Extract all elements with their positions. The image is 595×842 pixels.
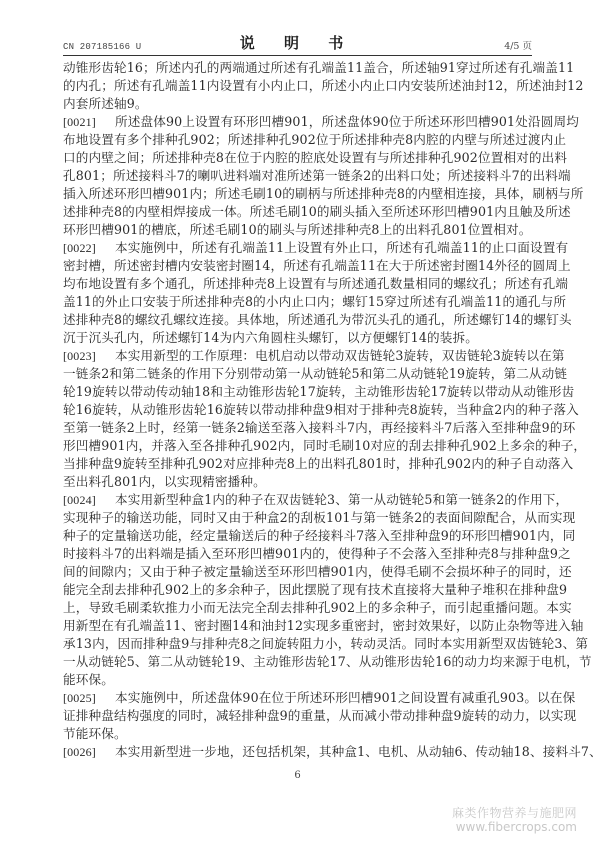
text-line: 证排种盘结构强度的同时，减轻排种盘9的重量，从而减小带动排种盘9旋转的动力，以实… (63, 707, 533, 725)
line-text: 时接料斗7的出料端是插入至环形凹槽901内的，使得种子不会落入至排种壳8与排种盘… (63, 546, 571, 561)
text-line: 轮19旋转以带动传动轴18和主动锥形齿轮17旋转，主动锥形齿轮17旋转以带动从动… (63, 383, 533, 401)
paragraph-number: [0021] (63, 113, 115, 131)
line-text: 形凹槽901内，并落入至各排种孔902内，同时毛刷10对应的刮去排种孔902上多… (63, 438, 586, 453)
text-line: [0024]本实用新型种盒1内的种子在双齿链轮3、第一从动链轮5和第一链条2的作… (63, 491, 533, 509)
text-line: 实现种子的输送功能，同时又由于种盒2的刮板101与第一链条2的表面间隙配合，从而… (63, 509, 533, 527)
line-text: 孔801；所述接料斗7的喇叭进料端对准所述第一链条2的出料口处；所述接料斗7的出… (63, 168, 571, 183)
line-text: 间的间隙内；又由于种子被定量输送至环形凹槽901内，使得毛刷不会损坏种子的同时，… (63, 564, 572, 579)
line-text: 本实施例中，所述有孔端盖11上设置有外止口，所述有孔端盖11的止口面设置有 (115, 240, 568, 255)
text-line: 形凹槽901内，并落入至各排种孔902内，同时毛刷10对应的刮去排种孔902上多… (63, 437, 533, 455)
paragraph-0025: [0025]本实施例中，所述盘体90在位于所述环形凹槽901之间设置有减重孔90… (63, 689, 533, 743)
paragraph-0021: [0021]所述盘体90上设置有环形凹槽901，所述盘体90位于所述环形凹槽90… (63, 113, 533, 239)
paragraph-0023: [0023]本实用新型的工作原理：电机启动以带动双齿链轮3旋转，双齿链轮3旋转以… (63, 347, 533, 491)
watermark-url: www.fibercrops.com (452, 820, 577, 834)
line-text: 本实用新型种盒1内的种子在双齿链轮3、第一从动链轮5和第一链条2的作用下， (115, 492, 568, 507)
line-text: 证排种盘结构强度的同时，减轻排种盘9的重量，从而减小带动排种盘9旋转的动力，以实… (63, 708, 576, 723)
line-text: 密封槽，所述密封槽内安装密封圈14，所述有孔端盖11在大于所述密封圈14外径的圆… (63, 258, 571, 273)
text-line: [0022]本实施例中，所述有孔端盖11上设置有外止口，所述有孔端盖11的止口面… (63, 239, 533, 257)
text-line: 环形凹槽901的槽底，所述毛刷10的刷头与所述排种壳8上的出料孔801位置相对。 (63, 221, 533, 239)
paragraph-number: [0024] (63, 491, 115, 509)
line-text: 种子的定量输送功能，经定量输送后的种子经接料斗7落入至排种盘9的环形凹槽901内… (63, 528, 575, 543)
line-text: 本实施例中，所述盘体90在位于所述环形凹槽901之间设置有减重孔903。以在保 (115, 690, 575, 705)
text-line: 一链条2和第二链条的作用下分别带动第一从动链轮5和第二从动链轮19旋转，第二从动… (63, 365, 533, 383)
line-text: 实现种子的输送功能，同时又由于种盒2的刮板101与第一链条2的表面间隙配合，从而… (63, 510, 575, 525)
text-line: 节能环保。 (63, 725, 533, 743)
paragraph-continuation: 动锥形齿轮16；所述内孔的两端通过所述有孔端盖11盖合，所述轴91穿过所述有孔端… (63, 59, 533, 113)
line-text: 一链条2和第二链条的作用下分别带动第一从动链轮5和第二从动链轮19旋转，第二从动… (63, 366, 567, 381)
page-number: 6 (0, 770, 595, 781)
line-text: 至第一链条2上时，经第一链条2输送至落入接料斗7内，再经接料斗7后落入至排种盘9… (63, 420, 575, 435)
document-title: 说 明 书 (63, 32, 532, 53)
line-text: 沉于沉头孔内，所述螺钉14为内六角圆柱头螺钉，以方便螺钉14的装拆。 (63, 330, 478, 345)
line-text: 轮16旋转，从动锥形齿轮16旋转以带动排种盘9相对于排种壳8旋转，当种盒2内的种… (63, 402, 579, 417)
text-line: 当排种盘9旋转至排种孔902对应排种壳8上的出料孔801时，排种孔902内的种子… (63, 455, 533, 473)
text-line: [0026]本实用新型进一步地，还包括机架，其种盒1、电机、从动轴6、传动轴18… (63, 743, 533, 761)
paragraph-number: [0023] (63, 347, 115, 365)
text-line: 轮16旋转，从动锥形齿轮16旋转以带动排种盘9相对于排种壳8旋转，当种盒2内的种… (63, 401, 533, 419)
text-line: [0023]本实用新型的工作原理：电机启动以带动双齿链轮3旋转，双齿链轮3旋转以… (63, 347, 533, 365)
text-line: 能环保。 (63, 671, 533, 689)
line-text: 的内孔；所述有孔端盖11内设置有小内止口，所述小内止口内安装所述油封12，所述油… (63, 78, 584, 93)
text-line: 口的内壁之间；所述排种壳8在位于内腔的腔底处设置有与所述排种孔902位置相对的出… (63, 149, 533, 167)
header-divider (63, 55, 532, 56)
text-line: 均布地设置有多个通孔，所述排种壳8上设置有与所述通孔数量相同的螺纹孔；所述有孔端 (63, 275, 533, 293)
line-text: 本实用新型进一步地，还包括机架，其种盒1、电机、从动轴6、传动轴18、接料斗7、 (115, 744, 595, 759)
line-text: 均布地设置有多个通孔，所述排种壳8上设置有与所述通孔数量相同的螺纹孔；所述有孔端 (63, 276, 568, 291)
text-line: 沉于沉头孔内，所述螺钉14为内六角圆柱头螺钉，以方便螺钉14的装拆。 (63, 329, 533, 347)
text-line: 间的间隙内；又由于种子被定量输送至环形凹槽901内，使得毛刷不会损坏种子的同时，… (63, 563, 533, 581)
text-line: 述排种壳8的螺纹孔螺纹连接。具体地，所述通孔为带沉头孔的通孔，所述螺钉14的螺钉… (63, 311, 533, 329)
paragraph-0024: [0024]本实用新型种盒1内的种子在双齿链轮3、第一从动链轮5和第一链条2的作… (63, 491, 533, 689)
text-line: 时接料斗7的出料端是插入至环形凹槽901内的，使得种子不会落入至排种壳8与排种盘… (63, 545, 533, 563)
text-line: 孔801；所述接料斗7的喇叭进料端对准所述第一链条2的出料口处；所述接料斗7的出… (63, 167, 533, 185)
line-text: 承13内，因而排种盘9与排种壳8之间旋转阻力小，转动灵活。同时本实用新型双齿链轮… (63, 636, 588, 651)
line-text: 动锥形齿轮16；所述内孔的两端通过所述有孔端盖11盖合，所述轴91穿过所述有孔端… (63, 60, 574, 75)
text-line: [0021]所述盘体90上设置有环形凹槽901，所述盘体90位于所述环形凹槽90… (63, 113, 533, 131)
text-line: 内套所述轴9。 (63, 95, 533, 113)
line-text: 轮19旋转以带动传动轴18和主动锥形齿轮17旋转，主动锥形齿轮17旋转以带动从动… (63, 384, 574, 399)
text-line: 的内孔；所述有孔端盖11内设置有小内止口，所述小内止口内安装所述油封12，所述油… (63, 77, 533, 95)
text-line: 用新型在有孔端盖11、密封圈14和油封12实现多重密封，密封效果好，以防止杂物等… (63, 617, 533, 635)
line-text: 插入所述环形凹槽901内；所述毛刷10的刷柄与所述排种壳8的内壁相连接，具体，刷… (63, 186, 584, 201)
document-body: 动锥形齿轮16；所述内孔的两端通过所述有孔端盖11盖合，所述轴91穿过所述有孔端… (63, 59, 533, 761)
paragraph-0022: [0022]本实施例中，所述有孔端盖11上设置有外止口，所述有孔端盖11的止口面… (63, 239, 533, 347)
line-text: 能完全刮去排种孔902上的多余种子，因此摆脱了现有技术直接将大量种子堆积在排种盘… (63, 582, 567, 597)
line-text: 能环保。 (63, 672, 114, 687)
line-text: 上，导致毛刷柔软推力小而无法完全刮去排种孔902上的多余种子，而引起重播问题。本… (63, 600, 572, 615)
watermark-site-name: 麻类作物营养与施肥网 (452, 806, 577, 820)
page-header: CN 207185166 U 说 明 书 4/5 页 (63, 31, 532, 55)
line-text: 布地设置有多个排种孔902；所述排种孔902位于所述排种壳8内腔的内壁与所述过渡… (63, 132, 566, 147)
text-line: 插入所述环形凹槽901内；所述毛刷10的刷柄与所述排种壳8的内壁相连接，具体，刷… (63, 185, 533, 203)
paragraph-number: [0022] (63, 239, 115, 257)
line-text: 口的内壁之间；所述排种壳8在位于内腔的腔底处设置有与所述排种孔902位置相对的出… (63, 150, 567, 165)
line-text: 本实用新型的工作原理：电机启动以带动双齿链轮3旋转，双齿链轮3旋转以在第 (115, 348, 565, 363)
text-line: 上，导致毛刷柔软推力小而无法完全刮去排种孔902上的多余种子，而引起重播问题。本… (63, 599, 533, 617)
text-line: 种子的定量输送功能，经定量输送后的种子经接料斗7落入至排种盘9的环形凹槽901内… (63, 527, 533, 545)
line-text: 当排种盘9旋转至排种孔902对应排种壳8上的出料孔801时，排种孔902内的种子… (63, 456, 573, 471)
line-text: 盖11的外止口安装于所述排种壳8的小内止口内；螺钉15穿过所述有孔端盖11的通孔… (63, 294, 566, 309)
watermark: 麻类作物营养与施肥网 www.fibercrops.com (452, 806, 577, 834)
text-line: 布地设置有多个排种孔902；所述排种孔902位于所述排种壳8内腔的内壁与所述过渡… (63, 131, 533, 149)
paragraph-0026: [0026]本实用新型进一步地，还包括机架，其种盒1、电机、从动轴6、传动轴18… (63, 743, 533, 761)
text-line: 盖11的外止口安装于所述排种壳8的小内止口内；螺钉15穿过所述有孔端盖11的通孔… (63, 293, 533, 311)
paragraph-number: [0025] (63, 689, 115, 707)
line-text: 环形凹槽901的槽底，所述毛刷10的刷头与所述排种壳8上的出料孔801位置相对。 (63, 222, 532, 237)
line-text: 所述盘体90上设置有环形凹槽901，所述盘体90位于所述环形凹槽901处沿圆周均 (115, 114, 579, 129)
text-line: 至出料孔801内，以实现精密播种。 (63, 473, 533, 491)
line-text: 节能环保。 (63, 726, 127, 741)
text-line: 承13内，因而排种盘9与排种壳8之间旋转阻力小，转动灵活。同时本实用新型双齿链轮… (63, 635, 533, 653)
text-line: [0025]本实施例中，所述盘体90在位于所述环形凹槽901之间设置有减重孔90… (63, 689, 533, 707)
paragraph-number: [0026] (63, 743, 115, 761)
text-line: 动锥形齿轮16；所述内孔的两端通过所述有孔端盖11盖合，所述轴91穿过所述有孔端… (63, 59, 533, 77)
line-text: 一从动链轮5、第二从动链轮19、主动锥形齿轮17、从动锥形齿轮16的动力均来源于… (63, 654, 592, 669)
text-line: 述排种壳8的内壁相焊接成一体。所述毛刷10的刷头插入至所述环形凹槽901内且触及… (63, 203, 533, 221)
text-line: 密封槽，所述密封槽内安装密封圈14，所述有孔端盖11在大于所述密封圈14外径的圆… (63, 257, 533, 275)
line-text: 述排种壳8的螺纹孔螺纹连接。具体地，所述通孔为带沉头孔的通孔，所述螺钉14的螺钉… (63, 312, 572, 327)
line-text: 内套所述轴9。 (63, 96, 148, 111)
text-line: 至第一链条2上时，经第一链条2输送至落入接料斗7内，再经接料斗7后落入至排种盘9… (63, 419, 533, 437)
line-text: 用新型在有孔端盖11、密封圈14和油封12实现多重密封，密封效果好，以防止杂物等… (63, 618, 584, 633)
line-text: 至出料孔801内，以实现精密播种。 (63, 474, 266, 489)
text-line: 一从动链轮5、第二从动链轮19、主动锥形齿轮17、从动锥形齿轮16的动力均来源于… (63, 653, 533, 671)
text-line: 能完全刮去排种孔902上的多余种子，因此摆脱了现有技术直接将大量种子堆积在排种盘… (63, 581, 533, 599)
line-text: 述排种壳8的内壁相焊接成一体。所述毛刷10的刷头插入至所述环形凹槽901内且触及… (63, 204, 571, 219)
page-indicator: 4/5 页 (504, 38, 532, 52)
